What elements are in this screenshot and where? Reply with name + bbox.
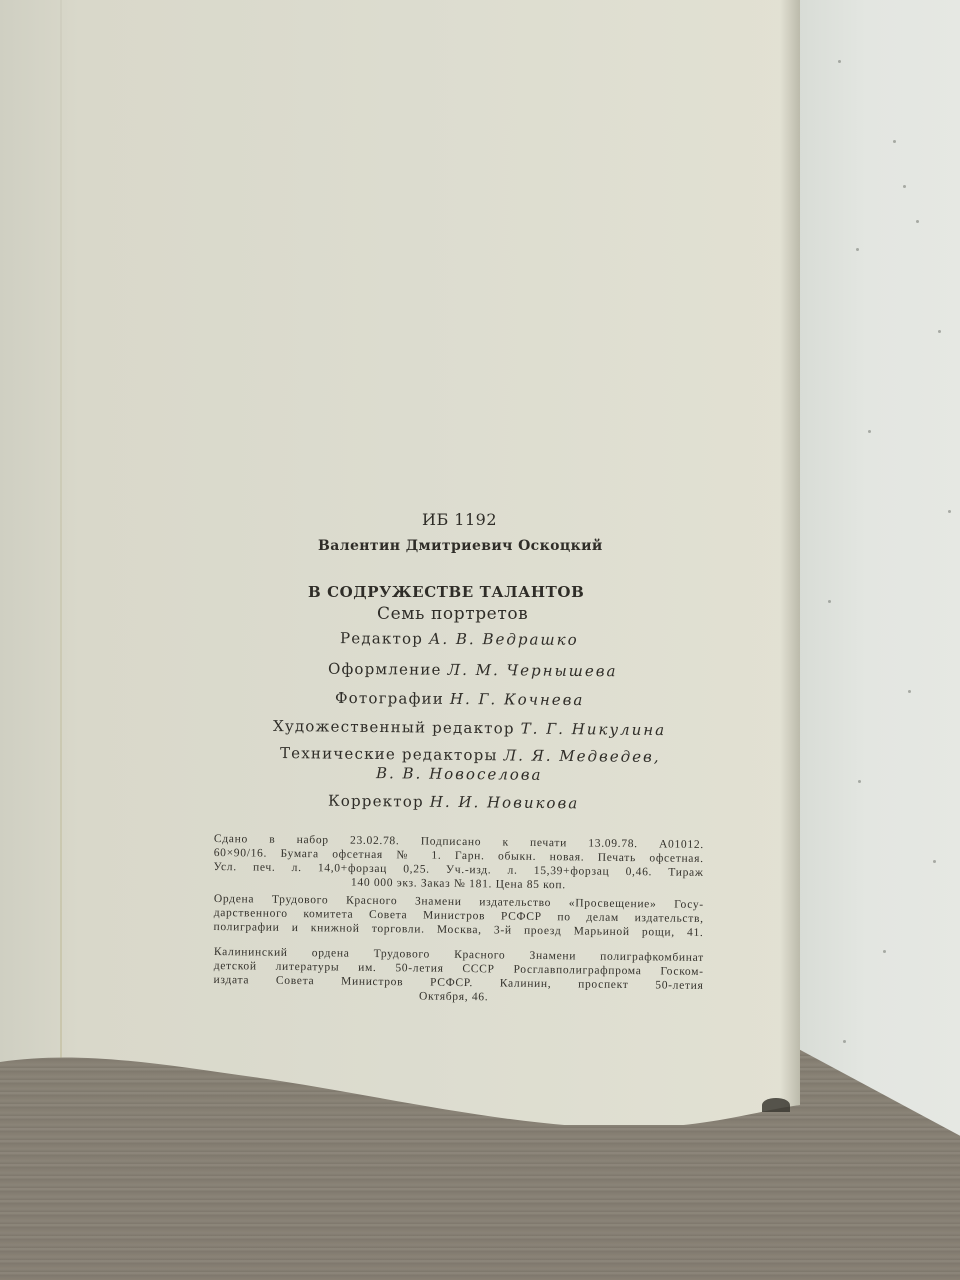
book-title: В СОДРУЖЕСТВЕ ТАЛАНТОВ: [308, 583, 584, 601]
page-gutter-line: [60, 0, 62, 1062]
paper-speck: [893, 140, 896, 143]
book-cover-board: [798, 0, 960, 1140]
paper-speck: [933, 860, 936, 863]
paper-speck: [856, 248, 859, 251]
credit-role: Оформление: [328, 660, 442, 679]
paper-speck: [916, 220, 919, 223]
publisher-info: Ордена Трудового Красного Знамени издате…: [213, 892, 703, 940]
book-page: ИБ 1192 Валентин Дмитриевич Оскоцкий В С…: [0, 0, 800, 1125]
credit-name: Н. И. Новикова: [430, 793, 580, 813]
credit-proofreader: Корректор Н. И. Новикова: [328, 792, 579, 813]
credit-role: Корректор: [328, 792, 424, 811]
paper-speck: [838, 60, 841, 63]
paper-speck: [843, 1040, 846, 1043]
credit-tech-editors-cont: В. В. Новоселова: [376, 764, 543, 784]
printer-info: Калининский ордена Трудового Красного Зн…: [213, 945, 704, 1007]
paper-speck: [908, 690, 911, 693]
paper-speck: [883, 950, 886, 953]
credit-role: Фотографии: [335, 689, 444, 708]
paper-speck: [858, 780, 861, 783]
credit-editor: Редактор А. В. Ведрашко: [340, 629, 579, 649]
paper-speck: [903, 185, 906, 188]
photo-scene: ИБ 1192 Валентин Дмитриевич Оскоцкий В С…: [0, 0, 960, 1280]
ib-number: ИБ 1192: [422, 510, 497, 529]
credit-tech-editors: Технические редакторы Л. Я. Медведев,: [280, 744, 661, 766]
credit-name: Л. М. Чернышева: [448, 661, 618, 680]
credit-name: Т. Г. Никулина: [521, 720, 667, 740]
credit-role: Художественный редактор: [273, 717, 515, 738]
credit-role: Редактор: [340, 629, 423, 648]
credit-name: А. В. Ведрашко: [429, 630, 579, 649]
book-corner-shadow: [762, 1098, 790, 1112]
credit-name: В. В. Новоселова: [376, 764, 543, 784]
page-edge-shadow: [780, 0, 802, 1110]
paper-speck: [828, 600, 831, 603]
author-name: Валентин Дмитриевич Оскоцкий: [318, 538, 603, 554]
credit-name: Л. Я. Медведев,: [504, 746, 661, 766]
credit-role: Технические редакторы: [280, 744, 498, 764]
paper-speck: [868, 430, 871, 433]
credit-art-editor: Художественный редактор Т. Г. Никулина: [273, 717, 666, 739]
credit-photos: Фотографии Н. Г. Кочнева: [335, 689, 585, 709]
paper-speck: [938, 330, 941, 333]
book-subtitle: Семь портретов: [377, 604, 528, 624]
credit-design: Оформление Л. М. Чернышева: [328, 660, 618, 681]
credit-name: Н. Г. Кочнева: [450, 690, 585, 709]
print-details: Сдано в набор 23.02.78. Подписано к печа…: [213, 832, 704, 894]
paper-speck: [948, 510, 951, 513]
